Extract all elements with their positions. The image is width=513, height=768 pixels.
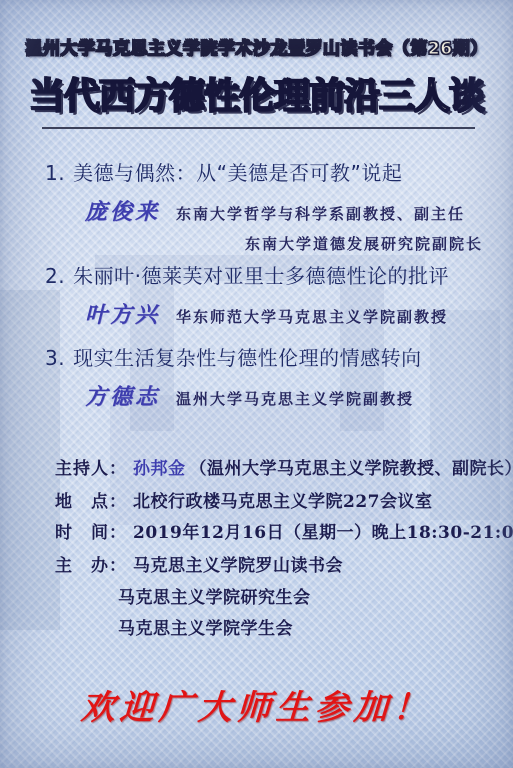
poster-title: 当代西方德性伦理前沿三人谈: [0, 68, 513, 119]
speaker-affiliation-2: 东南大学道德发展研究院副院长: [85, 233, 513, 254]
speaker-affiliation: 东南大学哲学与科学系副教授、副主任: [176, 205, 465, 223]
host-desc: （温州大学马克思主义学院教授、副院长）: [190, 459, 513, 479]
welcome-message: 欢迎广大师生参加！: [0, 680, 513, 729]
organizer-row-2: 马克思主义学院研究生会: [0, 583, 513, 608]
organizer-row: 主 办：马克思主义学院罗山读书会: [0, 551, 513, 576]
event-poster: 温州大学马克思主义学院学术沙龙暨罗山读书会（第26期） 当代西方德性伦理前沿三人…: [0, 0, 513, 768]
speaker-name: 方德志: [85, 384, 160, 410]
host-label: 主持人：: [55, 459, 127, 479]
host-name: 孙邦金: [133, 459, 186, 479]
event-series-title: 温州大学马克思主义学院学术沙龙暨罗山读书会（第26期）: [0, 34, 513, 59]
organizer-label: 主 办：: [55, 556, 127, 576]
topic-number: 1.: [45, 161, 65, 185]
speaker-affiliation: 华东师范大学马克思主义学院副教授: [176, 308, 448, 326]
speaker-row: 庞俊来东南大学哲学与科学系副教授、副主任 东南大学道德发展研究院副院长: [0, 195, 513, 254]
topic-title: 2.朱丽叶·德莱芙对亚里士多德德性论的批评: [0, 263, 513, 289]
organizer-value-2: 马克思主义学院研究生会: [118, 588, 311, 608]
host-row: 主持人：孙邦金（温州大学马克思主义学院教授、副院长）: [0, 454, 513, 479]
topic-item-1: 1.美德与偶然：从“美德是否可教”说起 庞俊来东南大学哲学与科学系副教授、副主任…: [0, 160, 513, 254]
speaker-affiliation: 温州大学马克思主义学院副教授: [176, 390, 414, 408]
speaker-row: 叶方兴华东师范大学马克思主义学院副教授: [0, 298, 513, 329]
time-label: 时 间：: [55, 523, 127, 543]
topic-item-2: 2.朱丽叶·德莱芙对亚里士多德德性论的批评 叶方兴华东师范大学马克思主义学院副教…: [0, 263, 513, 329]
title-divider: [42, 127, 475, 129]
topic-title-text: 朱丽叶·德莱芙对亚里士多德德性论的批评: [73, 264, 449, 288]
topic-title: 3.现实生活复杂性与德性伦理的情感转向: [0, 345, 513, 371]
topic-title: 1.美德与偶然：从“美德是否可教”说起: [0, 160, 513, 186]
speaker-name: 叶方兴: [85, 302, 160, 328]
time-value: 2019年12月16日（星期一）晚上18:30-21:00: [133, 523, 513, 543]
speaker-name: 庞俊来: [85, 199, 160, 225]
topic-item-3: 3.现实生活复杂性与德性伦理的情感转向 方德志温州大学马克思主义学院副教授: [0, 345, 513, 411]
organizer-row-3: 马克思主义学院学生会: [0, 614, 513, 639]
location-label: 地 点：: [55, 492, 127, 512]
topic-number: 2.: [45, 264, 65, 288]
location-row: 地 点：北校行政楼马克思主义学院227会议室: [0, 487, 513, 512]
topic-number: 3.: [45, 346, 65, 370]
time-row: 时 间：2019年12月16日（星期一）晚上18:30-21:00: [0, 518, 513, 543]
location-value: 北校行政楼马克思主义学院227会议室: [133, 492, 433, 512]
topic-title-text: 美德与偶然：从“美德是否可教”说起: [73, 161, 402, 185]
speaker-row: 方德志温州大学马克思主义学院副教授: [0, 380, 513, 411]
topic-title-text: 现实生活复杂性与德性伦理的情感转向: [73, 346, 422, 370]
organizer-value-3: 马克思主义学院学生会: [118, 619, 293, 639]
organizer-value-1: 马克思主义学院罗山读书会: [133, 556, 343, 576]
